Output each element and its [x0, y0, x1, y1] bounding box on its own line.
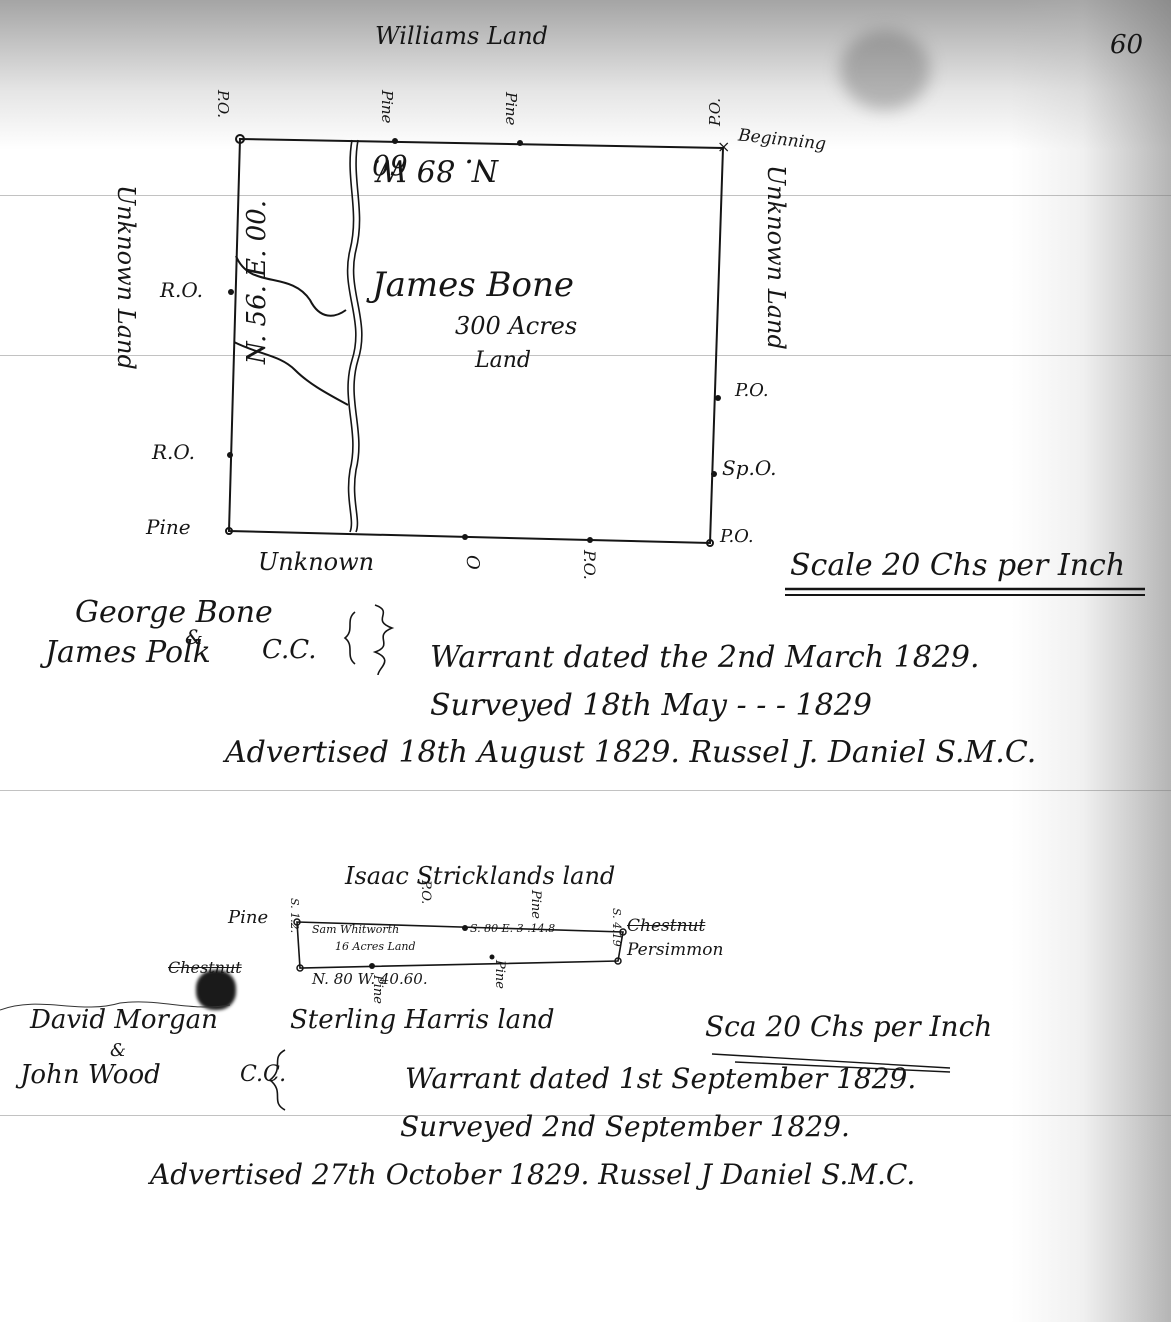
s2-chain-carrier-1: David Morgan [30, 1005, 218, 1035]
s2-tree-bottom-left: Chestnut [168, 958, 242, 977]
survey-1-advertised-line: Advertised 18th August 1829. Russel J. D… [225, 735, 1036, 770]
tree-label-bottom-1: O [462, 555, 483, 570]
survey-1-west-adjoiner: Unknown Land [112, 185, 140, 370]
survey-2-warrant-line: Warrant dated 1st September 1829. [405, 1062, 916, 1095]
tree-label-left-2: R.O. [152, 440, 195, 464]
s2-tree-bottom-right: Pine [492, 960, 507, 989]
s2-chain-carrier-2: John Wood [20, 1060, 161, 1090]
survey-2-advertised-line: Advertised 27th October 1829. Russel J D… [150, 1158, 915, 1191]
s2-acreage: 16 Acres Land [335, 940, 416, 953]
tree-label-right-1: P.O. [735, 380, 769, 401]
document-page: 60 × [0, 0, 1171, 1322]
s2-south-line: N. 80 W. 40.60. [312, 970, 428, 988]
survey-1-north-adjoiner: Williams Land [375, 22, 548, 50]
tree-label-top-pine-1: Pine [378, 90, 396, 123]
s2-tree-top-right-pine: Pine [528, 890, 543, 919]
survey-2-south-adjoiner: Sterling Harris land [290, 1005, 555, 1035]
tree-label-right-2: Sp.O. [722, 456, 776, 480]
tree-label-bottom-2: P.O. [580, 550, 599, 580]
s2-tree-top-left: Pine [228, 907, 268, 928]
tract-owner-name: James Bone [372, 265, 574, 305]
svg-text:×: × [717, 137, 730, 156]
survey-1-scale: Scale 20 Chs per Inch [790, 548, 1125, 583]
s2-cc-label: C.C. [240, 1062, 286, 1087]
chain-carrier-cc-label: C.C. [262, 635, 316, 665]
s2-west-line: S. 1.2. [288, 898, 301, 933]
survey-2-surveyed-line: Surveyed 2nd September 1829. [400, 1110, 850, 1143]
survey-1-south-adjoiner: Unknown [258, 548, 374, 576]
chain-carrier-1: George Bone [75, 595, 273, 630]
s2-tree-right-bottom: Persimmon [627, 940, 723, 960]
tract-acreage: 300 Acres [455, 312, 577, 340]
tree-label-bottom-right: P.O. [720, 526, 754, 547]
north-line-distance: 60 [372, 148, 408, 181]
s2-tree-right-top: Chestnut [627, 916, 705, 936]
chain-carrier-2: James Polk [45, 635, 211, 670]
tree-label-left-1: R.O. [160, 278, 203, 302]
tree-label-top-pine-2: Pine [502, 92, 520, 125]
survey-1-east-adjoiner: Unknown Land [762, 165, 790, 350]
tract-land-word: Land [475, 348, 531, 373]
survey-2-scale: Sca 20 Chs per Inch [705, 1010, 992, 1043]
s2-north-line: S. 80 E. 3 .14.8 [470, 922, 555, 935]
s2-east-line: S. 4.19 [610, 908, 623, 947]
survey-1-warrant-line: Warrant dated the 2nd March 1829. [430, 640, 980, 675]
s2-tree-top-mid: P.O. [418, 880, 433, 904]
s2-tract-owner: Sam Whitworth [312, 923, 399, 936]
tree-label-top-left: P.O. [214, 90, 232, 118]
west-line-bearing: N. 56. E. 00. [242, 200, 272, 364]
survey-1-surveyed-line: Surveyed 18th May - - - 1829 [430, 688, 872, 723]
s2-chain-carrier-ampersand: & [110, 1040, 126, 1061]
tree-label-top-right: P.O. [706, 98, 724, 126]
survey-2-north-adjoiner: Isaac Stricklands land [345, 862, 615, 890]
tree-label-bottom-left: Pine [146, 515, 191, 539]
